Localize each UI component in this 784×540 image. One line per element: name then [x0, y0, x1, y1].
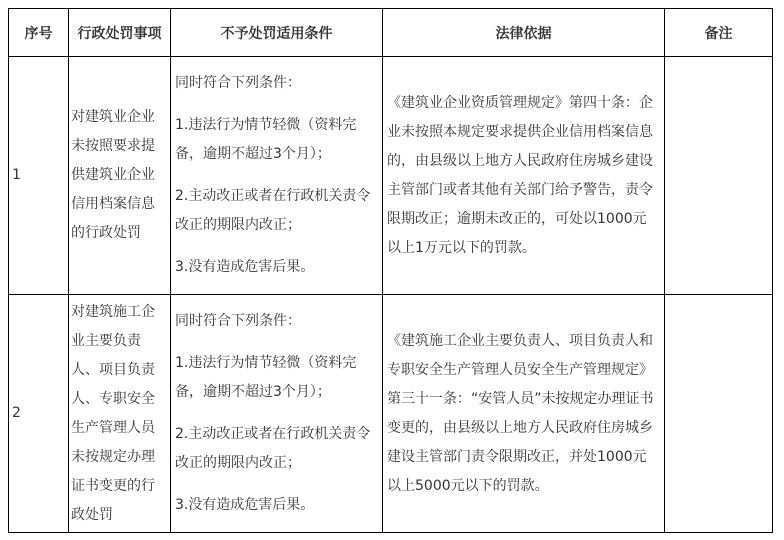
cell-penalty-item: 对建筑业企业未按照要求提供建筑业企业信用档案信息的行政处罚 [69, 57, 171, 295]
header-row: 序号 行政处罚事项 不予处罚适用条件 法律依据 备注 [9, 9, 773, 57]
condition-line: 1.违法行为情节轻微（资料完备，逾期不超过3个月）； [175, 111, 378, 169]
condition-line: 3.没有造成危害后果。 [175, 253, 378, 282]
document-page: 序号 行政处罚事项 不予处罚适用条件 法律依据 备注 1 对建筑业企业未按照要求… [0, 0, 784, 533]
col-header-index: 序号 [9, 9, 69, 57]
col-header-legal-basis: 法律依据 [383, 9, 665, 57]
condition-line: 同时符合下列条件： [175, 69, 378, 98]
cell-legal-basis: 《建筑施工企业主要负责人、项目负责人和专职安全生产管理人员安全生产管理规定》第三… [383, 295, 665, 533]
penalty-exemption-table: 序号 行政处罚事项 不予处罚适用条件 法律依据 备注 1 对建筑业企业未按照要求… [8, 8, 773, 533]
cell-remark [665, 57, 773, 295]
cell-conditions: 同时符合下列条件： 1.违法行为情节轻微（资料完备，逾期不超过3个月）； 2.主… [171, 295, 383, 533]
col-header-item: 行政处罚事项 [69, 9, 171, 57]
condition-line: 1.违法行为情节轻微（资料完备，逾期不超过3个月）； [175, 349, 378, 407]
cell-index: 1 [9, 57, 69, 295]
condition-line: 2.主动改正或者在行政机关责令改正的期限内改正； [175, 182, 378, 240]
condition-line: 同时符合下列条件： [175, 307, 378, 336]
col-header-remark: 备注 [665, 9, 773, 57]
condition-line: 2.主动改正或者在行政机关责令改正的期限内改正； [175, 420, 378, 478]
table-row: 1 对建筑业企业未按照要求提供建筑业企业信用档案信息的行政处罚 同时符合下列条件… [9, 57, 773, 295]
table-row: 2 对建筑施工企业主要负责人、项目负责人、专职安全生产管理人员未按规定办理证书变… [9, 295, 773, 533]
cell-penalty-item: 对建筑施工企业主要负责人、项目负责人、专职安全生产管理人员未按规定办理证书变更的… [69, 295, 171, 533]
cell-conditions: 同时符合下列条件： 1.违法行为情节轻微（资料完备，逾期不超过3个月）； 2.主… [171, 57, 383, 295]
cell-index: 2 [9, 295, 69, 533]
col-header-conditions: 不予处罚适用条件 [171, 9, 383, 57]
cell-legal-basis: 《建筑业企业资质管理规定》第四十条：企业未按照本规定要求提供企业信用档案信息的，… [383, 57, 665, 295]
condition-line: 3.没有造成危害后果。 [175, 491, 378, 520]
cell-remark [665, 295, 773, 533]
